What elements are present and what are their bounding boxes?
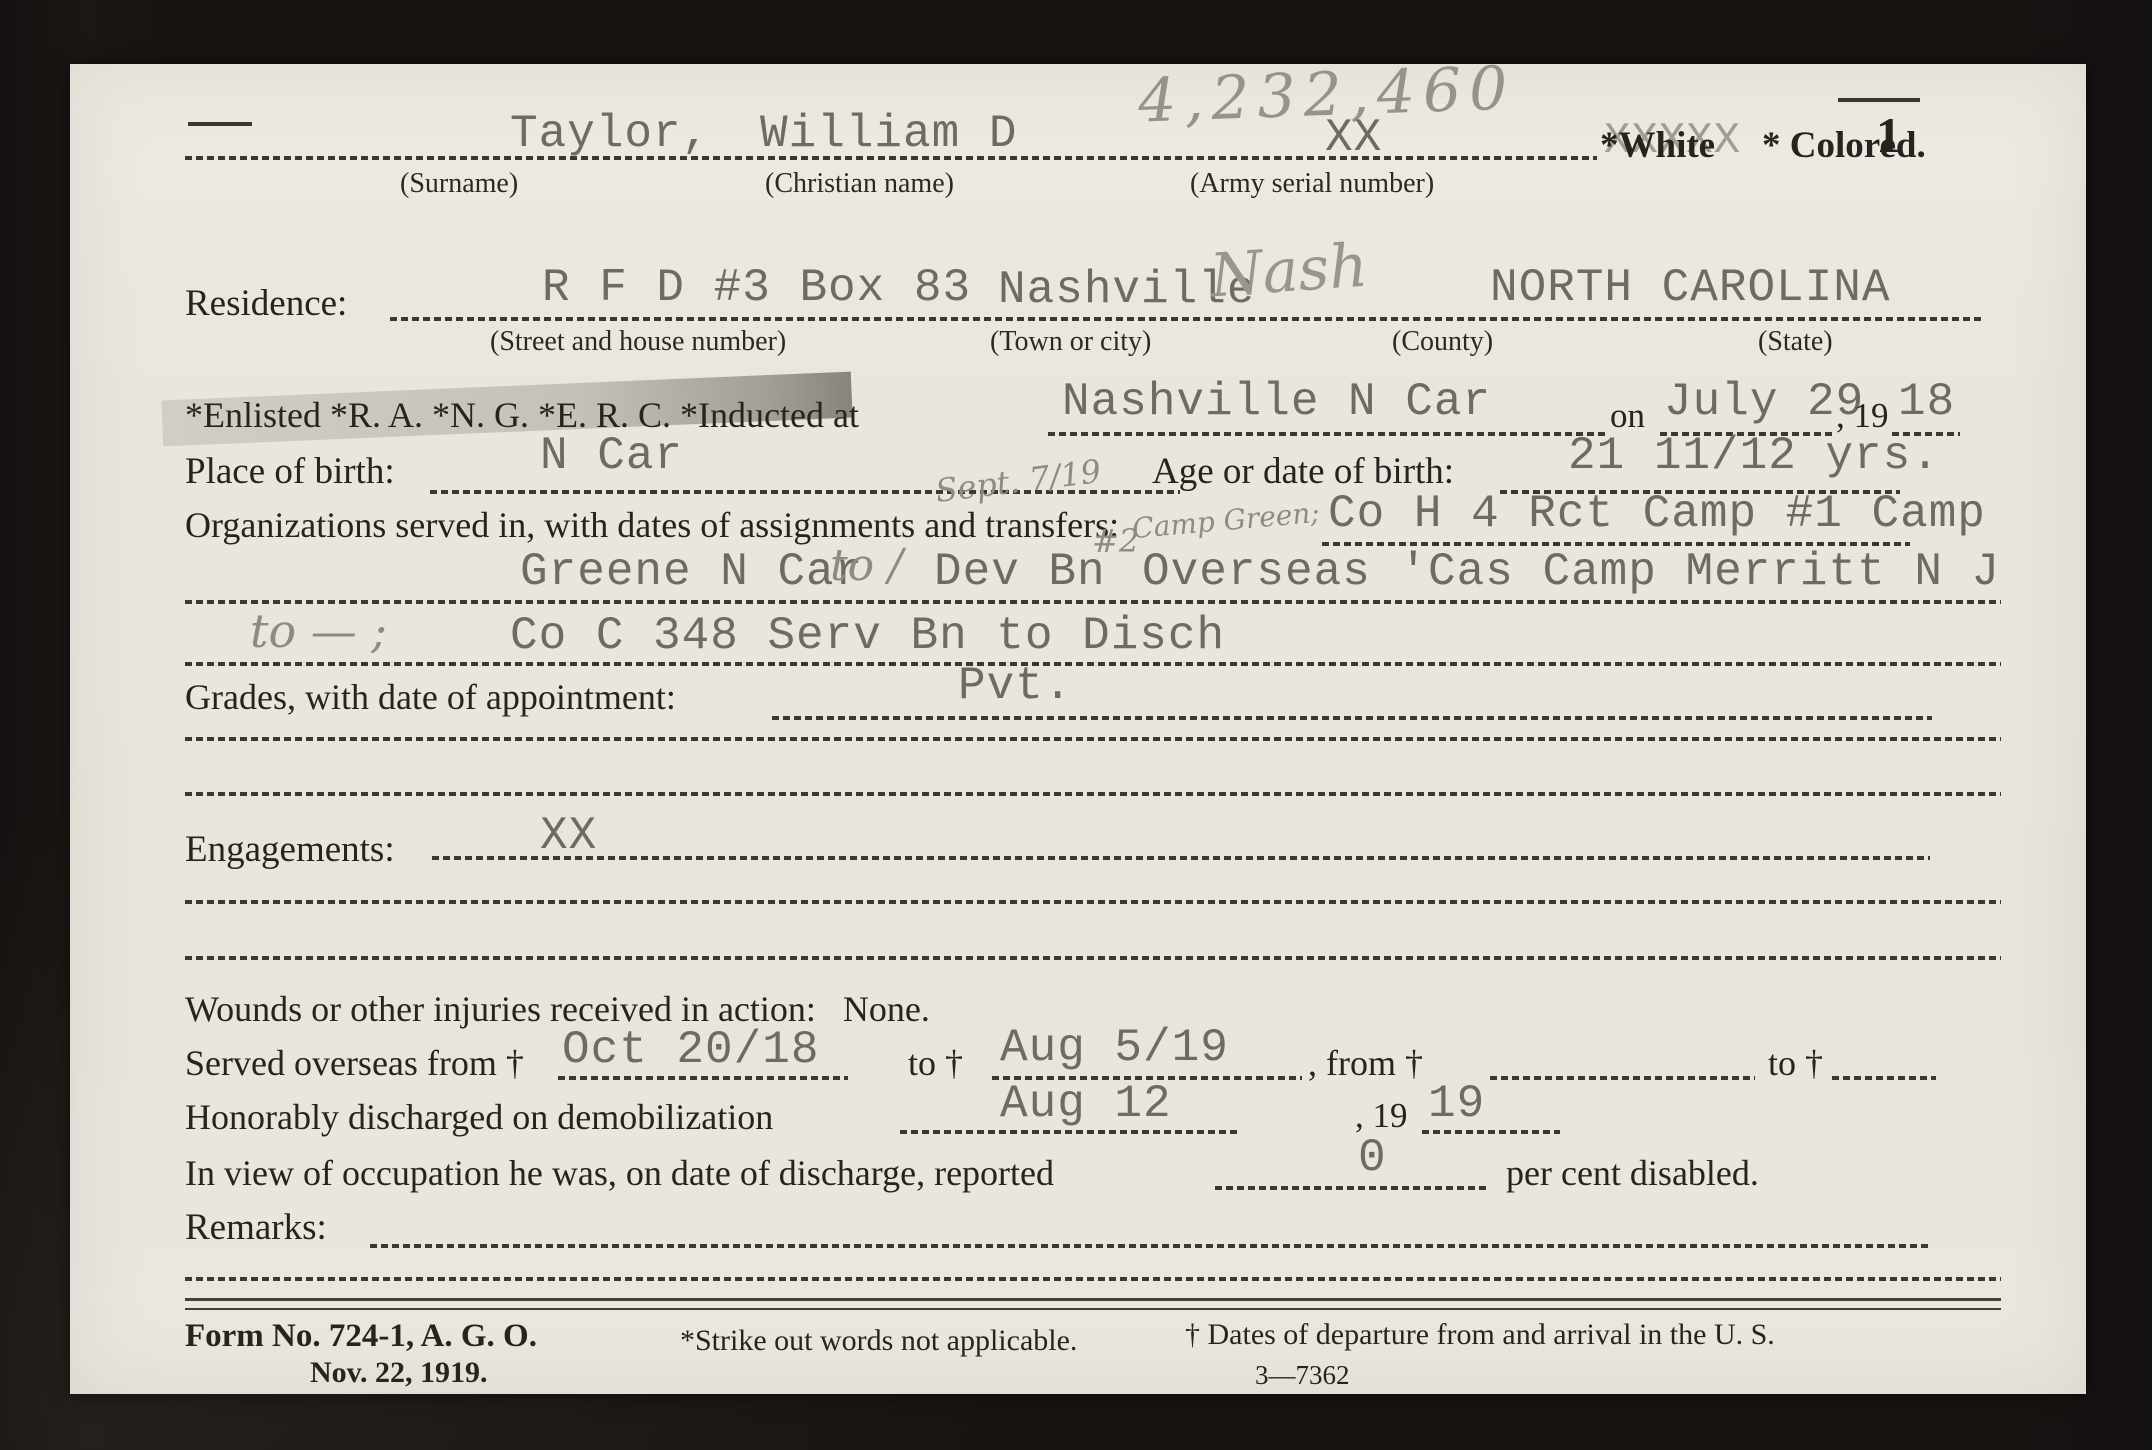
org-line2-typed-c: Overseas 'Cas Camp Merritt N J: [1142, 546, 2000, 598]
discharge-year-rule: [1422, 1130, 1560, 1134]
wounds-label-text: Wounds or other injuries received in act…: [185, 989, 816, 1029]
discharge-label: Honorably discharged on demobilization: [185, 1096, 773, 1138]
org-line3-hand: to — ;: [250, 604, 387, 658]
street-caption: (Street and house number): [490, 326, 786, 358]
grades-value: Pvt.: [958, 660, 1072, 712]
induction-year-value: 18: [1898, 376, 1955, 428]
disability-suffix: per cent disabled.: [1506, 1152, 1759, 1194]
residence-state-value: NORTH CAROLINA: [1490, 262, 1890, 314]
grades-label: Grades, with date of appointment:: [185, 676, 676, 718]
discharge-year-printed: , 19: [1355, 1096, 1408, 1136]
engagements-rule: [432, 856, 1930, 860]
discharge-date-rule: [900, 1130, 1240, 1134]
wounds-value: None.: [843, 989, 930, 1029]
org-date-annotation-handwritten: Sept. 7/19: [933, 452, 1103, 510]
print-code: 3—7362: [1255, 1360, 1350, 1391]
residence-row-rule: [390, 317, 1982, 321]
engagements-label: Engagements:: [185, 828, 395, 871]
organizations-line3-rule: [185, 662, 2001, 666]
grades-rule: [772, 716, 1932, 720]
strike-note: *Strike out words not applicable.: [680, 1324, 1077, 1358]
state-caption: (State): [1758, 326, 1833, 358]
organizations-line2-rule: [185, 600, 2001, 604]
org-line2-typed-a: Greene N Car: [520, 546, 863, 598]
page-number-overline: [1838, 98, 1920, 102]
top-left-tick-mark: [188, 122, 252, 126]
remarks-rule: [370, 1244, 1930, 1248]
overseas-to2-label: to †: [1768, 1042, 1823, 1084]
overseas-label: Served overseas from †: [185, 1042, 524, 1084]
org-line2-hand-a: to /: [830, 540, 903, 591]
org-line3-value: Co C 348 Serv Bn to Disch: [510, 610, 1225, 662]
form-date: Nov. 22, 1919.: [310, 1356, 488, 1390]
disability-value: 0: [1358, 1132, 1387, 1184]
dagger-note: † Dates of departure from and arrival in…: [1185, 1318, 1775, 1352]
age-label: Age or date of birth:: [1152, 450, 1454, 493]
induction-date-value: July 29: [1664, 376, 1864, 428]
blank-rule-3: [185, 900, 2001, 904]
race-colored-label: * Colored.: [1762, 124, 1926, 167]
inducted-place-rule: [1048, 432, 1606, 436]
surname-caption: (Surname): [400, 168, 518, 200]
blank-rule-1: [185, 737, 2001, 741]
county-caption: (County): [1392, 326, 1493, 358]
remarks-label: Remarks:: [185, 1206, 327, 1249]
blank-rule-4: [185, 956, 2001, 960]
engagements-value: XX: [540, 810, 597, 862]
service-record-card: 1 4,232,460 Taylor, William D XX XXXXX *…: [70, 64, 2086, 1394]
discharge-year-value: 19: [1428, 1078, 1485, 1130]
overseas-to2-rule: [1832, 1076, 1936, 1080]
discharge-date-value: Aug 12: [1000, 1078, 1172, 1130]
blank-rule-5: [185, 1277, 2001, 1281]
serial-caption: (Army serial number): [1190, 168, 1434, 200]
place-of-birth-value: N Car: [540, 430, 683, 482]
overseas-to-label: to †: [908, 1042, 963, 1084]
surname-value: Taylor,: [510, 108, 710, 160]
disability-rule: [1215, 1186, 1490, 1190]
overseas-from2-rule: [1490, 1076, 1755, 1080]
overseas-from2-label: , from †: [1308, 1042, 1423, 1084]
christian-name-caption: (Christian name): [765, 168, 954, 200]
overseas-from1-value: Oct 20/18: [562, 1024, 819, 1076]
enlistment-printed-label: *Enlisted *R. A. *N. G. *E. R. C. *Induc…: [185, 394, 859, 436]
disability-label: In view of occupation he was, on date of…: [185, 1152, 1054, 1194]
organizations-line1-value: Co H 4 Rct Camp #1 Camp: [1328, 488, 1986, 540]
race-white-label: *White: [1600, 124, 1715, 167]
overseas-from1-rule: [558, 1076, 848, 1080]
residence-label: Residence:: [185, 282, 347, 325]
residence-street-value: R F D #3 Box 83: [542, 262, 971, 314]
christian-name-value: William D: [760, 108, 1017, 160]
form-number: Form No. 724-1, A. G. O.: [185, 1318, 537, 1355]
place-of-birth-label: Place of birth:: [185, 450, 395, 493]
age-value: 21 11/12 yrs.: [1568, 430, 1940, 482]
organizations-label: Organizations served in, with dates of a…: [185, 504, 1119, 546]
inducted-place-value: Nashville N Car: [1062, 376, 1491, 428]
org-line2-hand-camp-green: Camp Green;: [1131, 496, 1321, 545]
overseas-to1-value: Aug 5/19: [1000, 1022, 1229, 1074]
footer-double-rule: [185, 1298, 2001, 1310]
blank-rule-2: [185, 792, 2001, 796]
org-line2-typed-b: Dev Bn: [934, 546, 1106, 598]
name-row-rule: [185, 156, 1597, 160]
town-caption: (Town or city): [990, 326, 1151, 358]
residence-county-handwritten: Nash: [1208, 231, 1370, 312]
